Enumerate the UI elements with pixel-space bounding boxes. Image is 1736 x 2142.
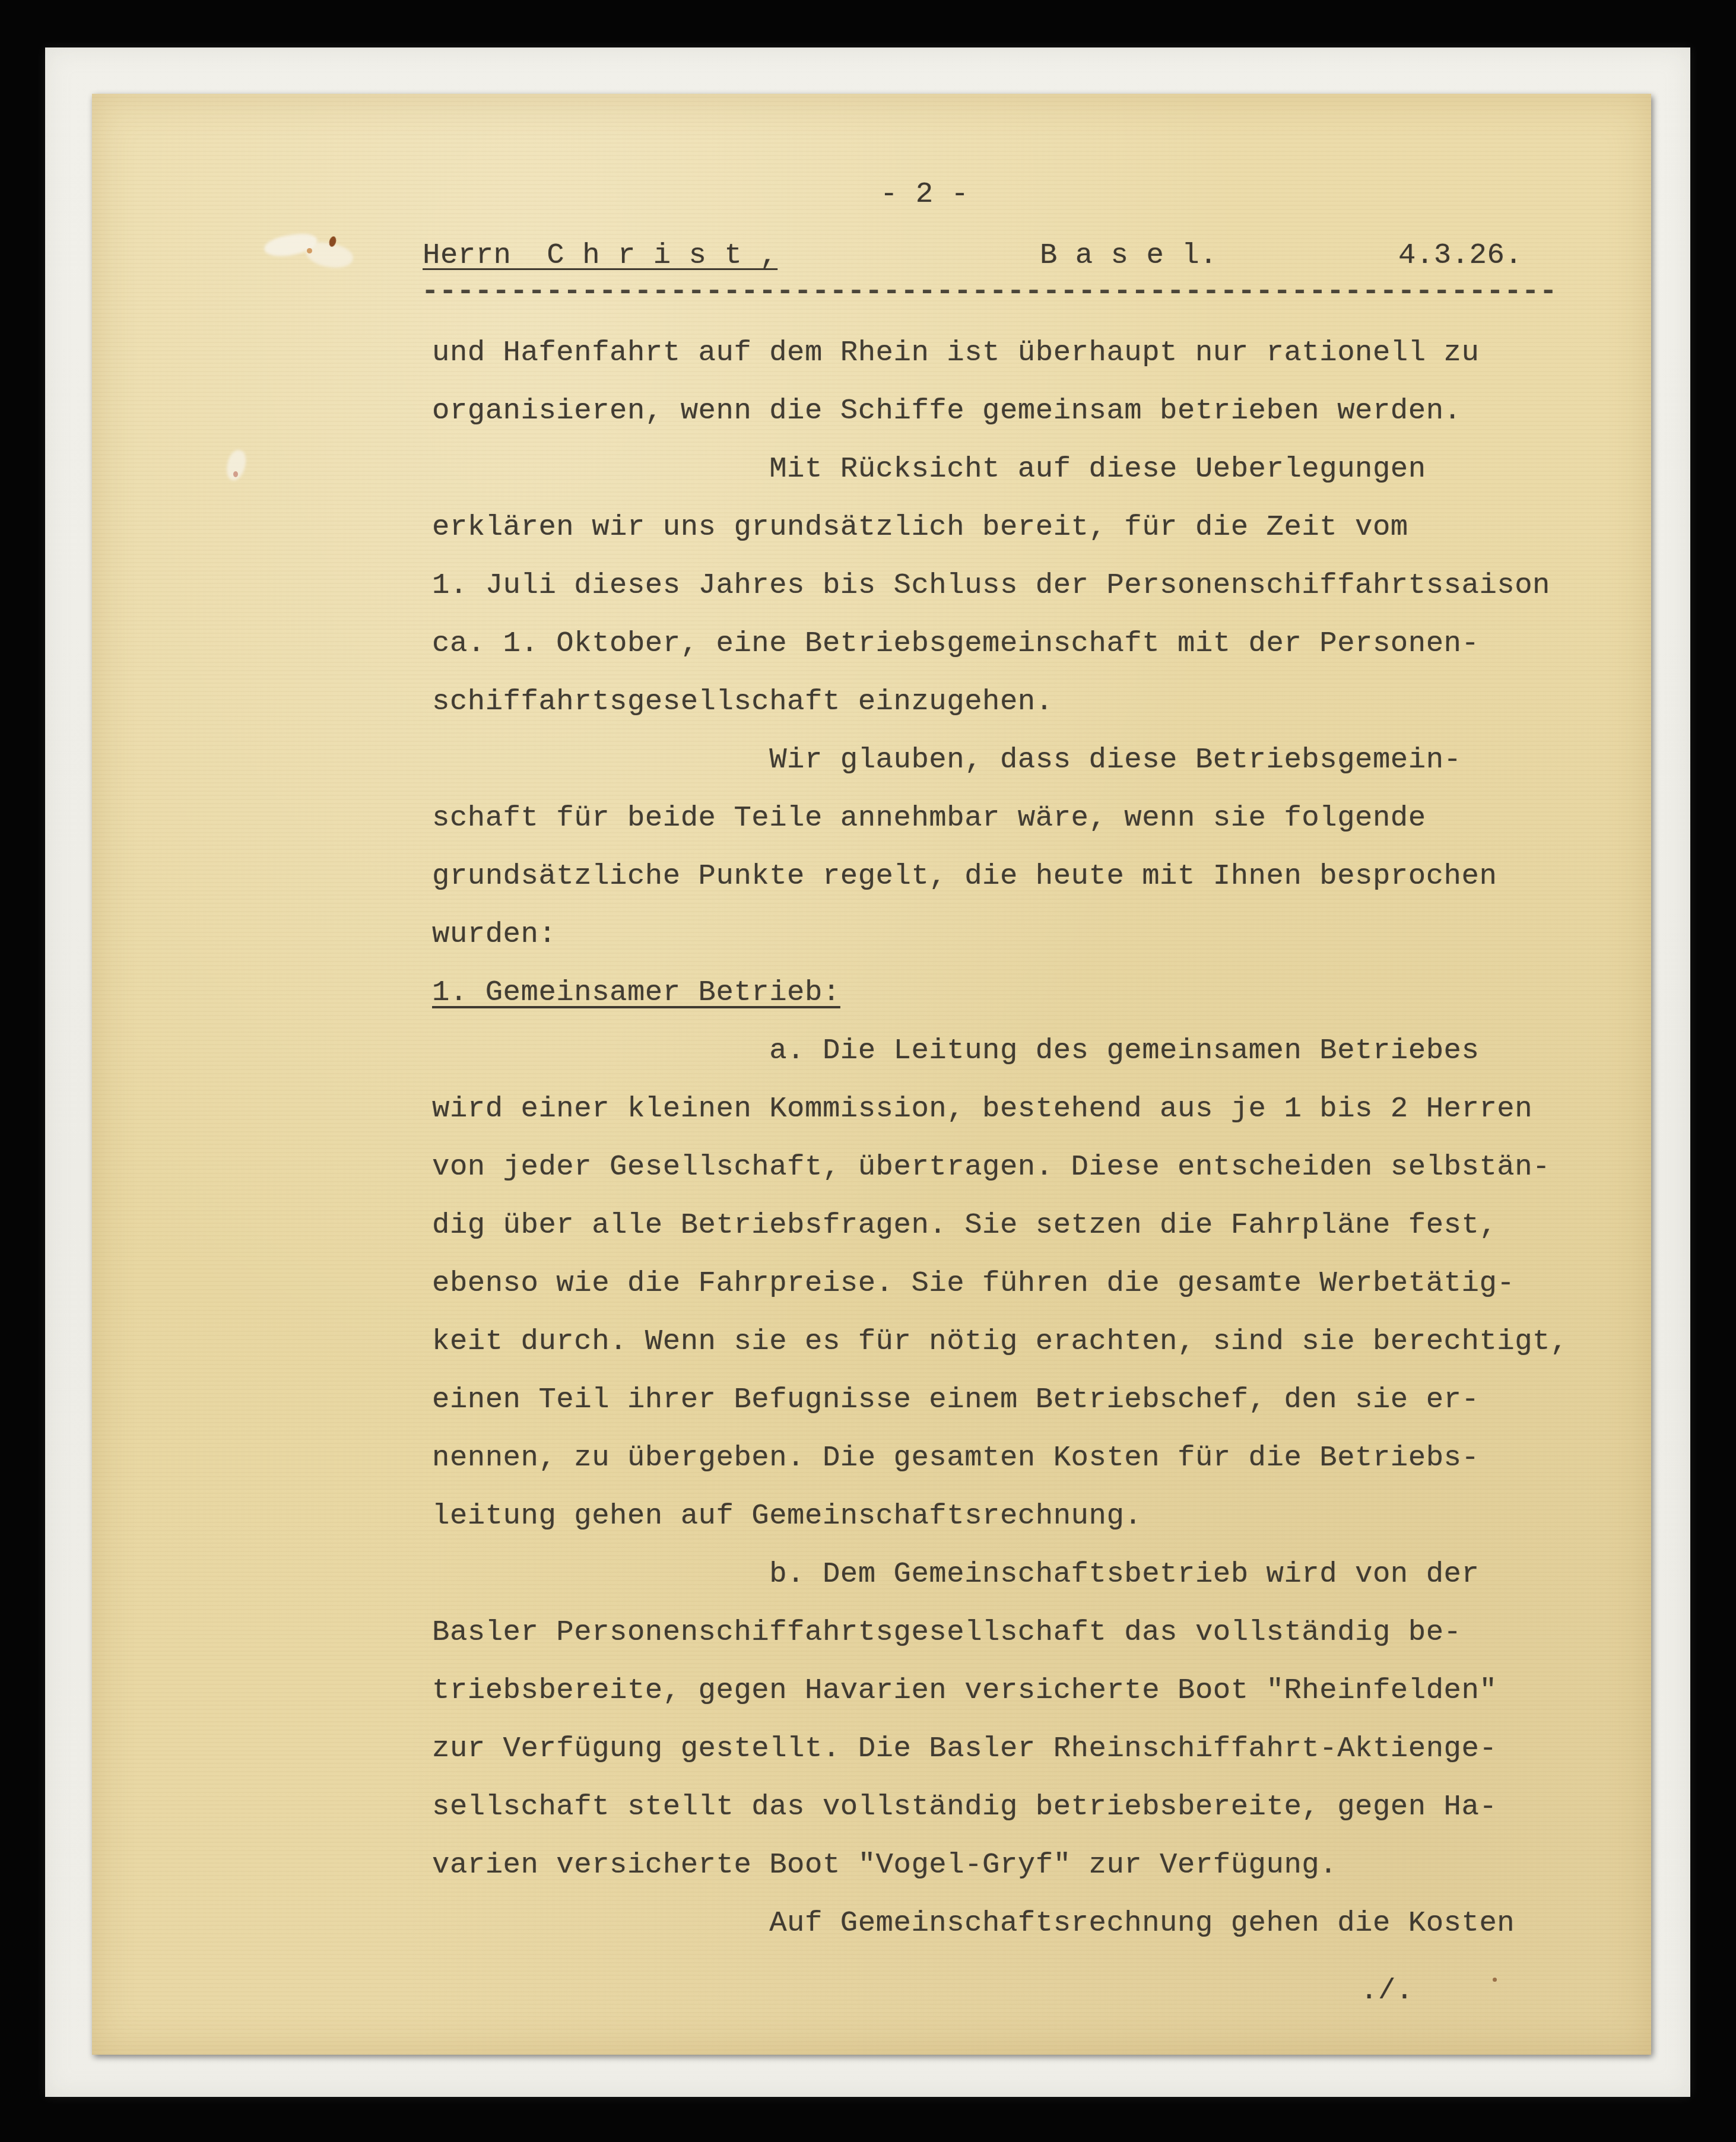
- typed-line: wird einer kleinen Kommission, bestehend…: [432, 1080, 1595, 1138]
- typed-line: von jeder Gesellschaft, übertragen. Dies…: [432, 1138, 1595, 1196]
- typed-line: grundsätzliche Punkte regelt, die heute …: [432, 847, 1595, 905]
- scanned-document: - 2 - Herrn C h r i s t , B a s e l. 4.3…: [0, 0, 1736, 2142]
- typed-line: ca. 1. Oktober, eine Betriebsgemeinschaf…: [432, 614, 1595, 672]
- typed-line: organisieren, wenn die Schiffe gemeinsam…: [432, 382, 1595, 440]
- page-number: - 2 -: [880, 180, 969, 209]
- header-recipient: Herrn C h r i s t ,: [423, 241, 777, 270]
- stain-dot: [1493, 1978, 1497, 1982]
- letter-body: und Hafenfahrt auf dem Rhein ist überhau…: [432, 323, 1595, 1952]
- typed-line: keit durch. Wenn sie es für nötig eracht…: [432, 1312, 1595, 1370]
- typed-line: zur Verfügung gestellt. Die Basler Rhein…: [432, 1719, 1595, 1778]
- typed-line: Basler Personenschiffahrtsgesellschaft d…: [432, 1603, 1595, 1661]
- typed-line: b. Dem Gemeinschaftsbetrieb wird von der: [432, 1545, 1595, 1603]
- typed-line: erklären wir uns grundsätzlich bereit, f…: [432, 498, 1595, 556]
- typed-line: sellschaft stellt das vollständig betrie…: [432, 1778, 1595, 1836]
- typed-line: varien versicherte Boot "Vogel-Gryf" zur…: [432, 1836, 1595, 1894]
- continuation-mark: ./.: [1360, 1976, 1414, 2005]
- section-heading: 1. Gemeinsamer Betrieb:: [432, 963, 1595, 1021]
- header-date: 4.3.26.: [1398, 241, 1522, 270]
- header-divider-rule: ----------------------------------------…: [421, 277, 1557, 306]
- stain-dot: [233, 471, 238, 477]
- typed-line: triebsbereite, gegen Havarien versichert…: [432, 1661, 1595, 1719]
- typed-line: nennen, zu übergeben. Die gesamten Koste…: [432, 1429, 1595, 1487]
- typed-line: schaft für beide Teile annehmbar wäre, w…: [432, 789, 1595, 847]
- typed-line: leitung gehen auf Gemeinschaftsrechnung.: [432, 1487, 1595, 1545]
- stain-dot: [307, 248, 312, 253]
- typed-line: a. Die Leitung des gemeinsamen Betriebes: [432, 1021, 1595, 1080]
- typed-line: dig über alle Betriebsfragen. Sie setzen…: [432, 1196, 1595, 1254]
- header-city: B a s e l.: [1040, 241, 1217, 270]
- typed-line: und Hafenfahrt auf dem Rhein ist überhau…: [432, 323, 1595, 382]
- typed-line: Mit Rücksicht auf diese Ueberlegungen: [432, 440, 1595, 498]
- typed-line: schiffahrtsgesellschaft einzugehen.: [432, 672, 1595, 731]
- typed-line: Auf Gemeinschaftsrechnung gehen die Kost…: [432, 1894, 1595, 1952]
- typed-line: Wir glauben, dass diese Betriebsgemein-: [432, 731, 1595, 789]
- typed-line: einen Teil ihrer Befugnisse einem Betrie…: [432, 1370, 1595, 1429]
- typed-line: wurden:: [432, 905, 1595, 963]
- typed-line: 1. Juli dieses Jahres bis Schluss der Pe…: [432, 556, 1595, 614]
- typed-line: ebenso wie die Fahrpreise. Sie führen di…: [432, 1254, 1595, 1312]
